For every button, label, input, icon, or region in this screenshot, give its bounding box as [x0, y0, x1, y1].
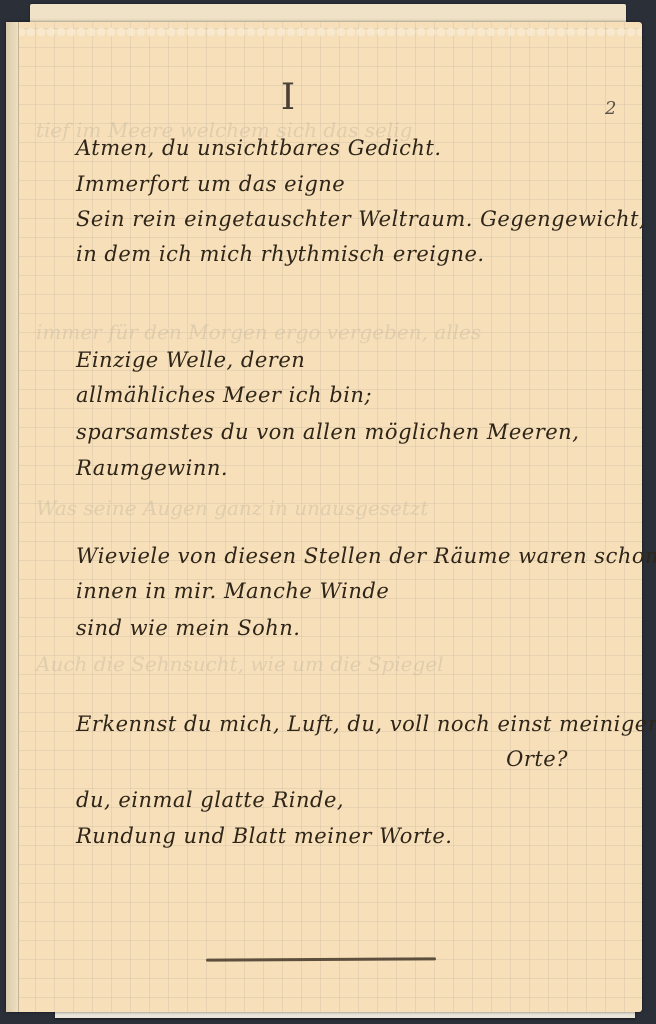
- poem-line: Wieviele von diesen Stellen der Räume wa…: [76, 544, 656, 568]
- section-numeral-text: I: [281, 77, 295, 118]
- show-through-text: Auch die Sehnsucht, wie um die Spiegel: [36, 652, 444, 676]
- poem-line: Rundung und Blatt meiner Worte.: [76, 824, 452, 848]
- poem-line: Erkennst du mich, Luft, du, voll noch ei…: [76, 712, 656, 736]
- poem-line: sparsamstes du von allen möglichen Meere…: [76, 420, 579, 444]
- poem-line: sind wie mein Sohn.: [76, 616, 300, 640]
- page-number: 2: [605, 98, 616, 119]
- page-binding-edge: [6, 22, 19, 1012]
- poem-line: in dem ich mich rhythmisch ereigne.: [76, 242, 485, 266]
- manuscript-page: tief im Meere welchem sich das selig imm…: [6, 22, 642, 1012]
- poem-line: du, einmal glatte Rinde,: [76, 788, 344, 812]
- poem-line: Einzige Welle, deren: [76, 348, 305, 372]
- section-numeral: I: [268, 78, 308, 118]
- poem-line: Raumgewinn.: [76, 456, 228, 480]
- poem-line: Atmen, du unsichtbares Gedicht.: [76, 136, 442, 160]
- end-rule-divider: [206, 957, 436, 961]
- poem-line: allmähliches Meer ich bin;: [76, 383, 372, 407]
- poem-line-continuation: Orte?: [506, 747, 568, 771]
- poem-line: Immerfort um das eigne: [76, 172, 345, 196]
- poem-line: Sein rein eingetauschter Weltraum. Gegen…: [76, 207, 646, 231]
- show-through-text: immer für den Morgen ergo vergeben, alle…: [36, 320, 481, 344]
- poem-line: innen in mir. Manche Winde: [76, 579, 389, 603]
- show-through-text: Was seine Augen ganz in unausgesetzt: [36, 496, 428, 520]
